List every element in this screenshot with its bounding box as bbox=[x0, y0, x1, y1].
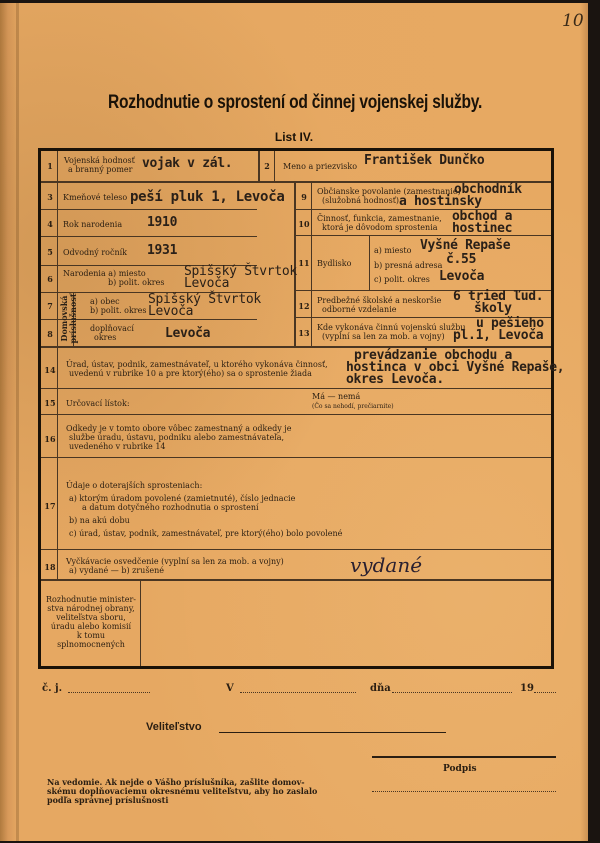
label-birthplace: Narodenia a) miestob) polit. okres bbox=[63, 269, 164, 287]
label-education: Predbežné školské a neskoršieodborné vzd… bbox=[317, 296, 441, 314]
field-day[interactable] bbox=[392, 692, 512, 693]
row-divider bbox=[41, 414, 551, 415]
value-rank: vojak v zál. bbox=[142, 158, 232, 170]
row-number: 17 bbox=[43, 501, 57, 511]
note-has-hasnot: Má — nemá bbox=[312, 392, 360, 401]
label-residence: Bydlisko bbox=[317, 259, 351, 268]
row-number: 13 bbox=[297, 328, 311, 338]
row-divider bbox=[296, 209, 551, 210]
value-recruit-district: Levoča bbox=[165, 328, 210, 340]
label-domicile: Domovskápríslušnosť bbox=[60, 292, 78, 345]
row-number: 10 bbox=[297, 219, 311, 229]
value-draft-year: 1931 bbox=[147, 245, 177, 257]
row-number: 9 bbox=[297, 192, 311, 202]
label-activity: Činnosť, funkcia, zamestnanie,ktorá je d… bbox=[317, 214, 442, 232]
label-id-card: Určovací lístok: bbox=[66, 399, 130, 408]
label-unit: Kmeňové teleso bbox=[63, 193, 127, 202]
label-service-place: Kde vykonáva činnú vojenskú službu(vypln… bbox=[317, 323, 466, 341]
value-education-2: školy bbox=[474, 303, 512, 315]
field-year[interactable] bbox=[534, 692, 556, 693]
row-divider bbox=[41, 579, 551, 581]
value-birth-year: 1910 bbox=[147, 217, 177, 229]
label-waiting-certificate: Vyčkávacie osvedčenie (vyplní sa len za … bbox=[66, 557, 284, 575]
label-municipality: a) obecb) polit. okres bbox=[90, 297, 146, 315]
note-cross-out: (Čo sa nehodí, prečiarnite) bbox=[312, 402, 394, 411]
row-number: 7 bbox=[43, 301, 57, 311]
row-divider bbox=[41, 388, 551, 389]
row-number: 5 bbox=[43, 247, 57, 257]
field-place[interactable] bbox=[240, 692, 356, 693]
page-fold bbox=[16, 3, 19, 841]
row-number: 11 bbox=[297, 258, 311, 268]
value-waiting-certificate: vydané bbox=[350, 553, 422, 577]
value-residence-address: č.55 bbox=[446, 254, 476, 266]
value-occupation-2: a hostinsky bbox=[399, 196, 482, 208]
label-year: 19 bbox=[520, 683, 534, 694]
row-divider bbox=[41, 457, 551, 458]
value-birthplace: Spišský ŠtvrtokLevoča bbox=[184, 266, 297, 290]
col-divider bbox=[311, 181, 312, 346]
value-residence-district: Levoča bbox=[439, 271, 484, 283]
label-employed-since: Odkedy je v tomto obore vôbec zamestnaný… bbox=[66, 424, 292, 451]
document-subtitle: List IV. bbox=[0, 130, 588, 144]
label-place: V bbox=[226, 683, 234, 694]
label-reference-number: č. j. bbox=[42, 683, 62, 694]
label-command: Veliteľstvo bbox=[146, 721, 202, 733]
row-divider bbox=[41, 209, 257, 210]
label-rank: Vojenská hodnosťa branný pomer bbox=[64, 156, 135, 174]
row-number: 15 bbox=[43, 398, 57, 408]
field-signature-name[interactable] bbox=[372, 791, 556, 792]
label-employer: Úrad, ústav, podnik, zamestnávateľ, u kt… bbox=[66, 360, 328, 378]
label-residence-address: b) presná adresa bbox=[374, 261, 442, 270]
label-draft-year: Odvodný ročník bbox=[63, 248, 127, 257]
label-ministry-decision: Rozhodnutie minister-stva národnej obran… bbox=[42, 595, 140, 649]
document-title: Rozhodnutie o sprostení od činnej vojens… bbox=[54, 92, 536, 114]
value-name: František Dunčko bbox=[364, 155, 484, 167]
value-service-place-2: pl.1, Levoča bbox=[453, 330, 543, 342]
document-page: 10 Rozhodnutie o sprostení od činnej voj… bbox=[0, 3, 588, 841]
value-residence-place: Vyšné Repaše bbox=[420, 240, 510, 252]
row-number: 1 bbox=[43, 161, 57, 171]
row-divider bbox=[41, 549, 551, 550]
label-name: Meno a priezvisko bbox=[283, 162, 357, 171]
label-day: dňa bbox=[370, 683, 391, 694]
signature-line[interactable] bbox=[372, 756, 556, 758]
row-number: 3 bbox=[43, 192, 57, 202]
page-number: 10 bbox=[562, 11, 584, 31]
row-number: 12 bbox=[297, 301, 311, 311]
value-employer: prevádzanie obchodu ahostinca v obci Vyš… bbox=[346, 350, 564, 386]
footer-note: Na vedomie. Ak nejde o Vášho príslušníka… bbox=[47, 778, 317, 805]
col-divider bbox=[274, 151, 275, 181]
row-divider bbox=[296, 235, 551, 236]
row-number: 14 bbox=[43, 365, 57, 375]
label-signature: Podpis bbox=[443, 765, 477, 774]
row-number: 2 bbox=[260, 161, 274, 171]
value-municipality: Spišský ŠtvrtokLevoča bbox=[148, 294, 261, 318]
row-number: 16 bbox=[43, 434, 57, 444]
col-divider bbox=[140, 581, 141, 666]
label-recruit-district: doplňovacíokres bbox=[90, 324, 134, 342]
value-unit: peší pluk 1, Levoča bbox=[130, 191, 284, 203]
col-divider bbox=[369, 235, 370, 290]
field-reference-number[interactable] bbox=[68, 692, 150, 693]
label-previous-exemptions: Údaje o doterajších sprosteniach: a) kto… bbox=[66, 481, 342, 538]
row-number: 18 bbox=[43, 562, 57, 572]
num-col-divider bbox=[57, 151, 58, 579]
row-divider bbox=[41, 236, 257, 237]
field-command[interactable] bbox=[219, 732, 446, 733]
label-residence-place: a) miesto bbox=[374, 246, 411, 255]
value-activity: obchod ahostinec bbox=[452, 211, 512, 235]
row-number: 4 bbox=[43, 219, 57, 229]
label-birth-year: Rok narodenia bbox=[63, 220, 122, 229]
row-number: 8 bbox=[43, 329, 57, 339]
label-residence-district: c) polit. okres bbox=[374, 275, 430, 284]
row-number: 6 bbox=[43, 274, 57, 284]
